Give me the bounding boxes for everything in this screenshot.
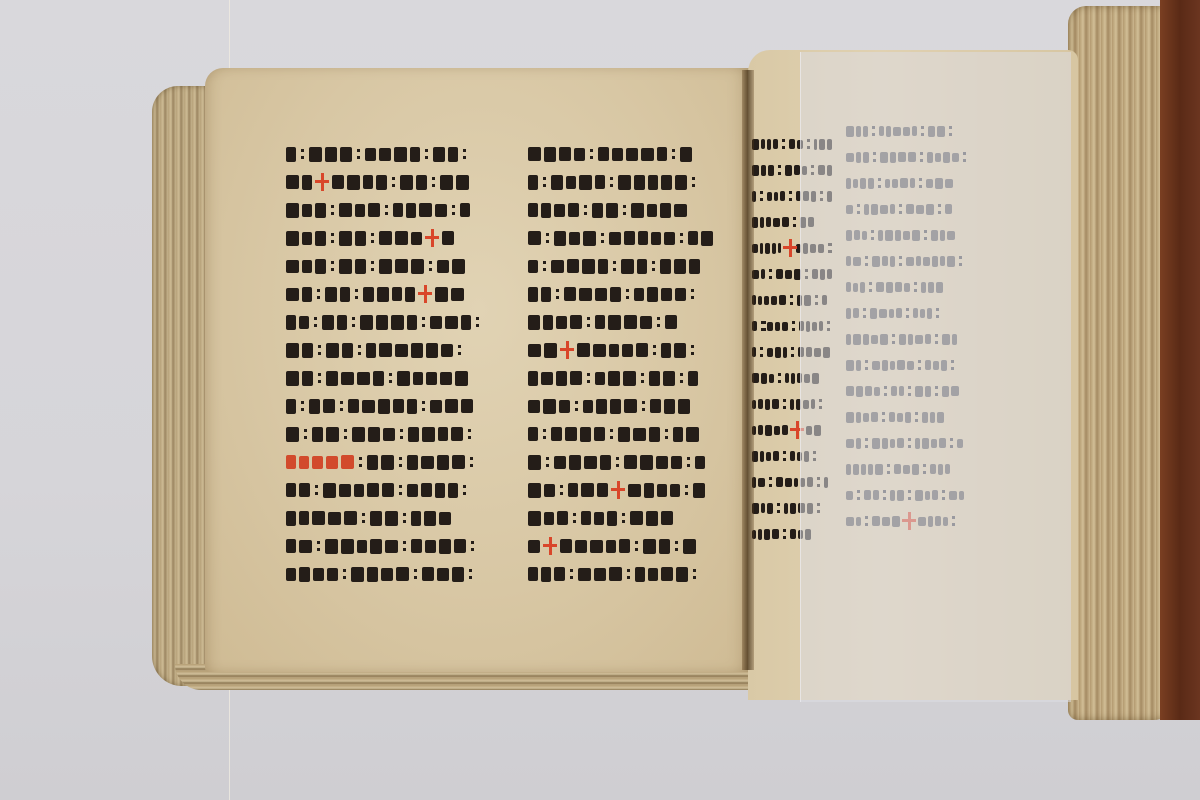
glyph — [773, 218, 780, 227]
glyph — [636, 343, 648, 357]
glyph — [405, 287, 415, 302]
glyph — [594, 512, 604, 525]
glyph — [393, 399, 404, 413]
glyph — [593, 344, 606, 357]
manuscript-line: ዘሱራፌል፡ከመ፡እሰብ — [286, 504, 516, 532]
manuscript-line: ሐኪ፡ዘእንበለ፡አጽርዖ፡ — [286, 532, 516, 560]
word-separator — [331, 233, 334, 243]
glyph — [299, 316, 309, 329]
glyph — [441, 344, 453, 357]
glyph — [344, 511, 357, 525]
word-separator — [761, 321, 764, 331]
glyph — [326, 371, 338, 386]
glyph — [422, 567, 434, 581]
word-separator — [616, 457, 619, 467]
word-separator — [357, 149, 360, 159]
glyph — [598, 147, 609, 161]
glyph — [302, 260, 312, 273]
glyph — [657, 484, 667, 497]
word-separator — [672, 149, 675, 159]
glyph — [368, 203, 380, 217]
glyph — [363, 175, 373, 189]
word-separator — [587, 317, 590, 327]
glyph — [528, 483, 541, 498]
word-separator — [371, 233, 374, 243]
glyph — [760, 243, 763, 254]
red-cross-mark-icon — [783, 239, 794, 257]
glyph — [771, 296, 777, 305]
word-separator — [331, 261, 334, 271]
glyph — [664, 399, 675, 414]
word-separator — [304, 429, 307, 439]
glyph — [644, 483, 654, 498]
glyph — [400, 175, 413, 190]
word-separator — [343, 569, 346, 579]
red-cross-mark-icon — [611, 481, 625, 499]
word-separator — [791, 347, 794, 357]
word-separator — [789, 191, 792, 201]
glyph — [430, 316, 442, 329]
glyph — [411, 232, 422, 245]
glyph — [448, 483, 458, 498]
glyph — [785, 270, 792, 279]
glyph — [367, 455, 378, 470]
glyph — [767, 322, 773, 331]
glyph — [579, 288, 592, 301]
glyph — [410, 147, 420, 162]
glyph — [416, 175, 427, 190]
glyph — [648, 175, 658, 190]
glyph — [452, 455, 465, 469]
glyph — [341, 372, 354, 385]
word-separator — [610, 177, 613, 187]
glyph — [577, 343, 590, 357]
glyph — [309, 399, 320, 414]
word-separator — [573, 513, 576, 523]
glyph — [445, 399, 458, 413]
glyph — [659, 539, 670, 554]
glyph — [381, 568, 393, 581]
glyph — [528, 540, 540, 553]
glyph — [342, 343, 353, 358]
word-separator — [359, 457, 362, 467]
glyph — [773, 139, 778, 149]
glyph — [764, 529, 770, 540]
manuscript-line: ገር፡ልዑላት፡ወበዝኒ፡ — [528, 280, 743, 308]
glyph — [355, 259, 366, 274]
glyph — [286, 343, 299, 358]
manuscript-line: ርክት፡እመ፡አኩቴ✢ው — [286, 224, 516, 252]
glyph — [377, 287, 389, 302]
word-separator — [399, 457, 402, 467]
word-separator — [590, 149, 593, 159]
word-separator — [471, 541, 474, 551]
glyph — [315, 259, 326, 274]
glyph — [773, 451, 779, 461]
glyph — [341, 455, 354, 469]
glyph — [661, 511, 673, 525]
glyph — [758, 399, 763, 409]
glyph — [758, 296, 762, 305]
glyph — [406, 203, 416, 218]
glyph — [357, 540, 367, 553]
red-cross-mark-icon — [418, 285, 432, 303]
glyph — [670, 484, 680, 497]
glyph — [556, 371, 567, 386]
word-separator — [331, 205, 334, 215]
glyph — [554, 204, 565, 217]
word-separator — [769, 477, 772, 487]
glyph — [624, 399, 637, 413]
word-separator — [783, 451, 786, 461]
glyph — [528, 344, 541, 357]
glyph — [299, 456, 309, 469]
word-separator — [769, 269, 772, 279]
glyph — [544, 512, 554, 525]
word-separator — [692, 177, 695, 187]
glyph — [376, 315, 388, 330]
glyph — [661, 567, 673, 581]
red-cross-mark-icon — [425, 229, 439, 247]
glyph — [688, 371, 698, 386]
glyph — [299, 483, 310, 497]
glyph — [583, 231, 596, 246]
glyph — [354, 484, 364, 497]
glyph — [623, 371, 636, 386]
word-separator — [642, 401, 645, 411]
glyph — [597, 483, 608, 497]
glyph — [528, 175, 538, 190]
glyph — [778, 243, 781, 253]
word-separator — [425, 149, 428, 159]
glyph — [528, 203, 538, 217]
word-separator — [314, 317, 317, 327]
glyph — [407, 484, 418, 497]
glyph — [341, 539, 354, 554]
word-separator — [301, 401, 304, 411]
glyph — [376, 175, 387, 190]
glyph — [440, 175, 453, 190]
word-separator — [543, 429, 546, 439]
glyph — [379, 343, 392, 357]
glyph — [675, 175, 687, 190]
glyph — [340, 287, 350, 302]
word-separator — [318, 373, 321, 383]
word-separator — [760, 347, 763, 357]
glyph — [595, 372, 605, 385]
glyph — [628, 484, 641, 497]
word-separator — [468, 429, 471, 439]
glyph — [674, 343, 686, 358]
glyph — [760, 217, 764, 228]
manuscript-line: ኢይክል፡ውዳሴኪ፡ፈ — [528, 308, 743, 336]
glyph — [648, 568, 658, 581]
glyph — [785, 478, 792, 487]
glyph — [794, 478, 798, 487]
glyph — [790, 451, 795, 461]
glyph — [633, 428, 646, 441]
glyph — [286, 371, 299, 386]
manuscript-line: ገብ፡እመ፡ባሕርይ፡ንምር፡ — [286, 308, 516, 336]
glyph — [286, 511, 296, 526]
glyph — [286, 175, 299, 189]
glyph — [299, 540, 312, 553]
word-separator — [476, 317, 479, 327]
glyph — [596, 399, 607, 414]
glyph — [395, 344, 408, 357]
manuscript-line: ኪ✢አድንግል፡እመ፡ሰ — [528, 532, 743, 560]
glyph — [624, 231, 635, 245]
manuscript-line: ጽሞ✢አድንግል፡እመ፡ — [528, 336, 743, 364]
glyph — [595, 175, 605, 189]
manuscript-photo: ገ፡ጣዕሞ፡ንጽሕት፡እመ፡ሥር✢ልዕልት፡እመ፡ዘይትብር፡ውስተ፡አርያም፡… — [0, 0, 1200, 800]
glyph — [776, 477, 783, 487]
glyph — [580, 427, 591, 442]
glyph — [565, 427, 577, 441]
word-separator — [400, 429, 403, 439]
glyph — [408, 427, 419, 442]
manuscript-line: እመ፡ትንቢት፡ትምክህት — [286, 364, 516, 392]
glyph — [761, 269, 765, 279]
manuscript-line: እመ፡መና፡ኢየሩሳሌም፡ — [286, 336, 516, 364]
manuscript-line: ርፀ፡ቃልየ✢ወበዝኒ፡ኢ — [528, 476, 743, 504]
glyph — [618, 427, 630, 442]
glyph — [366, 343, 376, 358]
glyph — [680, 147, 692, 162]
word-separator — [652, 261, 655, 271]
glyph — [543, 399, 556, 414]
glyph — [528, 287, 538, 302]
glyph — [438, 427, 448, 441]
word-separator — [458, 345, 461, 355]
glyph — [302, 371, 313, 386]
leather-cover — [1160, 0, 1200, 720]
glyph — [413, 372, 423, 385]
glyph — [693, 483, 705, 498]
glyph — [784, 503, 788, 514]
glyph — [566, 176, 576, 189]
glyph — [606, 540, 616, 553]
glyph — [452, 567, 464, 582]
glyph — [286, 315, 296, 330]
glyph — [640, 455, 653, 470]
glyph — [327, 568, 338, 581]
glyph — [600, 455, 611, 470]
word-separator — [403, 541, 406, 551]
glyph — [568, 483, 578, 497]
glyph — [643, 539, 656, 554]
word-separator — [399, 485, 402, 495]
word-separator — [584, 205, 587, 215]
word-separator — [623, 205, 626, 215]
glyph — [456, 175, 469, 190]
manuscript-line: አድንግል፡እመ፡ነሣዕኩ፡ — [286, 448, 516, 476]
glyph — [421, 456, 434, 469]
glyph — [355, 204, 365, 217]
word-separator — [778, 165, 781, 175]
glyph — [528, 371, 538, 386]
glyph — [761, 373, 767, 384]
glyph — [688, 231, 698, 245]
glyph — [767, 139, 772, 150]
glyph — [286, 399, 296, 414]
glyph — [528, 147, 541, 161]
glyph — [782, 217, 789, 227]
glyph — [528, 400, 540, 413]
word-separator — [760, 191, 763, 201]
glyph — [544, 147, 556, 162]
glyph — [608, 371, 620, 386]
glyph — [689, 259, 700, 274]
glyph — [660, 203, 671, 218]
word-separator — [556, 289, 559, 299]
glyph — [630, 511, 643, 525]
word-separator — [570, 569, 573, 579]
glyph — [286, 483, 296, 497]
glyph — [411, 259, 424, 274]
glyph — [454, 539, 466, 553]
glyph — [594, 427, 605, 441]
glyph — [647, 287, 658, 302]
glyph — [411, 539, 422, 553]
glyph — [551, 175, 563, 190]
glyph — [570, 371, 582, 385]
glyph — [569, 232, 580, 245]
glyph — [365, 148, 376, 161]
glyph — [758, 478, 765, 487]
glyph — [592, 203, 603, 218]
glyph — [325, 287, 337, 302]
glyph — [286, 427, 299, 442]
glyph — [368, 427, 380, 442]
manuscript-line: ገ፡ጣዕሞ፡ንጽሕት፡እመ፡ — [286, 140, 516, 168]
glyph — [595, 315, 605, 329]
glyph — [367, 483, 379, 497]
glyph — [564, 287, 576, 301]
word-separator — [315, 485, 318, 495]
glyph — [559, 147, 571, 161]
word-separator — [352, 317, 355, 327]
glyph — [394, 147, 407, 162]
glyph — [608, 315, 621, 330]
glyph — [379, 148, 391, 161]
word-separator — [693, 569, 696, 579]
glyph — [407, 455, 418, 470]
word-separator — [340, 401, 343, 411]
glyph — [322, 315, 334, 330]
glyph — [328, 512, 341, 525]
glyph — [411, 343, 423, 358]
word-separator — [691, 289, 694, 299]
glyph — [396, 567, 409, 581]
glyph — [302, 343, 313, 358]
glyph — [541, 567, 551, 582]
glyph — [660, 259, 671, 274]
word-separator — [560, 485, 563, 495]
glyph — [621, 259, 634, 274]
glyph — [452, 259, 465, 274]
glyph — [656, 456, 668, 469]
glyph — [579, 175, 592, 190]
glyph — [631, 203, 644, 218]
word-separator — [657, 317, 660, 327]
word-separator — [469, 569, 472, 579]
glyph — [286, 539, 296, 553]
word-separator — [687, 457, 690, 467]
glyph — [528, 231, 541, 245]
glyph — [433, 147, 445, 162]
glyph — [541, 372, 553, 385]
glyph — [363, 287, 374, 302]
manuscript-line: ተይኩ፡ጽዋዓ፡ሰብሐት፡ — [528, 560, 743, 588]
manuscript-line: ድስት፡እመ፡ሰቡሒ፡ምዕ — [286, 252, 516, 280]
translucent-interleaf-sheet — [800, 52, 1071, 702]
word-separator — [543, 261, 546, 271]
word-separator — [610, 429, 613, 439]
glyph — [439, 512, 451, 525]
glyph — [313, 568, 324, 581]
glyph — [764, 296, 769, 305]
glyph — [286, 568, 296, 581]
glyph — [286, 455, 296, 469]
glyph — [325, 539, 338, 554]
word-separator — [429, 261, 432, 271]
glyph — [286, 288, 299, 301]
word-separator — [575, 401, 578, 411]
glyph — [761, 503, 765, 513]
glyph — [661, 343, 671, 358]
glyph — [315, 231, 326, 246]
word-separator — [777, 503, 780, 513]
glyph — [765, 243, 771, 254]
word-separator — [422, 317, 425, 327]
glyph — [543, 315, 553, 330]
glyph — [560, 539, 572, 553]
word-separator — [546, 233, 549, 243]
glyph — [767, 192, 772, 201]
glyph — [650, 399, 661, 413]
glyph — [299, 511, 309, 525]
glyph — [556, 316, 567, 329]
glyph — [782, 425, 788, 435]
glyph — [683, 539, 696, 554]
word-separator — [358, 345, 361, 355]
glyph — [779, 295, 786, 305]
word-separator — [680, 233, 683, 243]
word-separator — [782, 139, 785, 149]
glyph — [286, 203, 299, 218]
manuscript-line: መ፡በላዕኩ፡መጻሕፍት፡ — [528, 168, 743, 196]
word-separator — [546, 457, 549, 467]
glyph — [574, 148, 585, 161]
word-separator — [641, 373, 644, 383]
word-separator — [622, 513, 625, 523]
word-separator — [783, 399, 786, 409]
glyph — [570, 315, 582, 329]
glyph — [765, 425, 772, 436]
book-gutter — [742, 70, 754, 670]
glyph — [299, 567, 310, 582]
glyph — [760, 451, 764, 462]
glyph — [610, 399, 621, 414]
glyph — [395, 259, 408, 273]
glyph — [675, 288, 686, 301]
glyph — [326, 427, 339, 442]
glyph — [790, 529, 796, 539]
glyph — [360, 315, 373, 330]
glyph — [609, 567, 622, 581]
glyph — [302, 204, 312, 217]
